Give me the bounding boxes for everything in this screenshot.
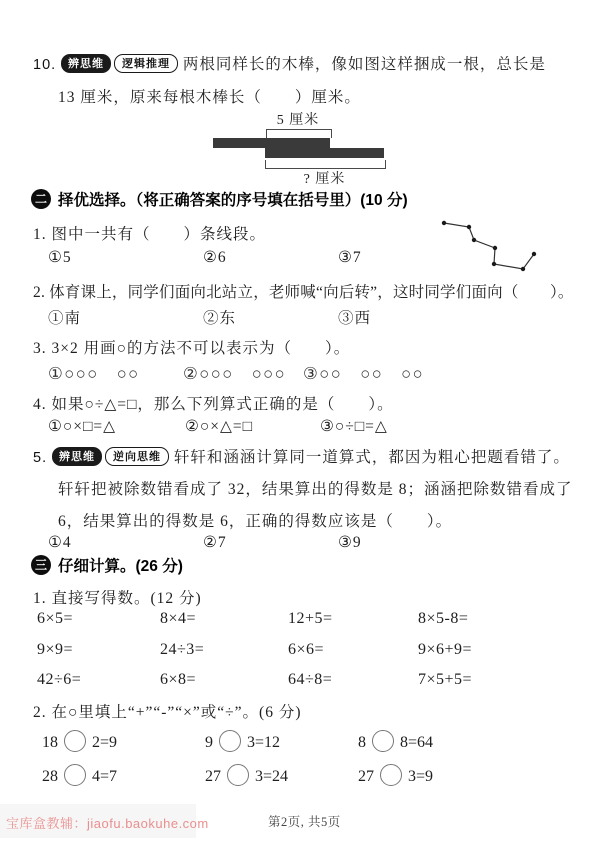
- section-choice-title: 择优选择。（将正确答案的序号填在括号里）(10 分): [58, 188, 408, 210]
- section-number-icon: 三: [31, 555, 51, 575]
- overlap-length-label: 5 厘米: [246, 109, 350, 129]
- fill-row-2: 284=7 273=24 273=9: [0, 764, 596, 790]
- calc-expression: 9×9=: [37, 641, 73, 659]
- question-10-line1: 10. 辨思维逻辑推理 两根同样长的木棒，像如图这样捆成一根，总长是: [33, 52, 546, 74]
- choice-q1-text: 1. 图中一共有（ ）条线段。: [33, 222, 266, 244]
- calc-expression: 8×5-8=: [418, 610, 468, 628]
- option-3-circles: ③○○ ○○ ○○: [303, 360, 424, 384]
- operand: 18: [42, 734, 58, 751]
- operator-blank-circle: [64, 764, 86, 786]
- choice-q5-line2: 轩轩把被除数错看成了 32，结果算出的得数是 8；涵涵把除数错看成了: [58, 477, 573, 499]
- operand: 27: [205, 768, 221, 785]
- skill-badge: 辨思维: [61, 54, 111, 73]
- calc-expression: 9×6+9=: [418, 641, 472, 659]
- bottom-stick-bar: [265, 148, 384, 158]
- calc-row-3: 42÷6= 6×8= 64÷8= 7×5+5=: [0, 671, 596, 693]
- option-3: ③○÷□=△: [320, 417, 388, 436]
- fill-item: 88=64: [358, 730, 433, 752]
- option-1: ①5: [48, 248, 72, 267]
- calc-row-2: 9×9= 24÷3= 6×6= 9×6+9=: [0, 641, 596, 663]
- calc-expression: 6×5=: [37, 610, 73, 628]
- fill-item: 284=7: [42, 764, 117, 786]
- operand: 8: [358, 734, 366, 751]
- section-calc-title: 仔细计算。(26 分): [58, 554, 183, 576]
- choice-q5-line3: 6，结果算出的得数是 6，正确的得数应该是（ ）。: [58, 509, 452, 531]
- option-2: ②7: [203, 533, 227, 552]
- choice-q3-text: 3. 3×2 用画○的方法不可以表示为（ ）。: [33, 336, 350, 358]
- operand: 28: [42, 768, 58, 785]
- calc-expression: 8×4=: [160, 610, 196, 628]
- calc-sub1-title: 1. 直接写得数。(12 分): [33, 586, 202, 608]
- calc-expression: 42÷6=: [37, 671, 81, 689]
- fill-item: 273=9: [358, 764, 433, 786]
- calc-expression: 24÷3=: [160, 641, 204, 659]
- option-1-circles: ①○○○ ○○: [48, 360, 140, 384]
- fill-item: 182=9: [42, 730, 117, 752]
- option-2-circles: ②○○○ ○○○: [183, 360, 286, 384]
- line-segments-figure: [430, 210, 548, 282]
- option-2: ②东: [203, 306, 236, 328]
- option-3: ③西: [338, 306, 371, 328]
- operator-blank-circle: [372, 730, 394, 752]
- calc-expression: 12+5=: [288, 610, 333, 628]
- section-choice-heading: 二 择优选择。（将正确答案的序号填在括号里）(10 分): [31, 188, 408, 210]
- option-2: ②6: [203, 248, 227, 267]
- section-number-icon: 二: [31, 189, 51, 209]
- top-stick-bar: [213, 138, 330, 148]
- fill-item: 93=12: [205, 730, 280, 752]
- result: 8=64: [400, 734, 433, 751]
- choice-q2-options: ①南 ②东 ③西: [0, 306, 596, 328]
- choice-q2-text: 2. 体育课上，同学们面向北站立，老师喊“向后转”，这时同学们面向（ ）。: [33, 280, 574, 302]
- option-1: ①4: [48, 533, 72, 552]
- choice-q3-options: ①○○○ ○○ ②○○○ ○○○ ③○○ ○○ ○○: [0, 360, 596, 384]
- publisher-watermark: 宝库盒教辅：jiaofu.baokuhe.com: [6, 813, 209, 832]
- skill-type-badge: 逆向思维: [105, 447, 169, 466]
- page-number: 第2页, 共5页: [268, 812, 341, 830]
- skill-badge: 辨思维: [52, 447, 102, 466]
- option-2: ②○×△=□: [185, 417, 253, 436]
- overlap-measure-bracket: [266, 129, 332, 138]
- result: 3=12: [247, 734, 280, 751]
- calc-expression: 7×5+5=: [418, 671, 472, 689]
- calc-sub2-title: 2. 在○里填上“+”“-”“×”或“÷”。(6 分): [33, 700, 302, 722]
- calc-expression: 6×6=: [288, 641, 324, 659]
- choice-q5-options: ①4 ②7 ③9: [0, 533, 596, 555]
- option-3: ③7: [338, 248, 362, 267]
- result: 3=24: [255, 768, 288, 785]
- calc-row-1: 6×5= 8×4= 12+5= 8×5-8=: [0, 610, 596, 632]
- fill-row-1: 182=9 93=12 88=64: [0, 730, 596, 756]
- option-3: ③9: [338, 533, 362, 552]
- worksheet-page: 10. 辨思维逻辑推理 两根同样长的木棒，像如图这样捆成一根，总长是 13 厘米…: [0, 0, 596, 842]
- option-1: ①○×□=△: [48, 417, 116, 436]
- question-10-text: 两根同样长的木棒，像如图这样捆成一根，总长是: [183, 56, 546, 73]
- operator-blank-circle: [380, 764, 402, 786]
- skill-type-badge: 逻辑推理: [114, 54, 178, 73]
- question-5-number: 5.: [33, 450, 47, 466]
- choice-q4-text: 4. 如果○÷△=□，那么下列算式正确的是（ ）。: [33, 392, 394, 414]
- operand: 9: [205, 734, 213, 751]
- option-1: ①南: [48, 306, 81, 328]
- question-10-line2: 13 厘米，原来每根木棒长（ ）厘米。: [58, 85, 361, 107]
- calc-expression: 64÷8=: [288, 671, 332, 689]
- result: 4=7: [92, 768, 117, 785]
- result: 3=9: [408, 768, 433, 785]
- choice-q5-line1: 5. 辨思维逆向思维 轩轩和涵涵计算同一道算式，都因为粗心把题看错了。: [33, 445, 570, 467]
- calc-expression: 6×8=: [160, 671, 196, 689]
- question-5-text: 轩轩和涵涵计算同一道算式，都因为粗心把题看错了。: [174, 449, 570, 466]
- question-10-number: 10.: [33, 57, 56, 73]
- fill-item: 273=24: [205, 764, 288, 786]
- result: 2=9: [92, 734, 117, 751]
- section-calc-heading: 三 仔细计算。(26 分): [31, 554, 183, 576]
- stick-length-label: ? 厘米: [265, 168, 384, 188]
- choice-q4-options: ①○×□=△ ②○×△=□ ③○÷□=△: [0, 417, 596, 439]
- operator-blank-circle: [219, 730, 241, 752]
- operator-blank-circle: [227, 764, 249, 786]
- operand: 27: [358, 768, 374, 785]
- operator-blank-circle: [64, 730, 86, 752]
